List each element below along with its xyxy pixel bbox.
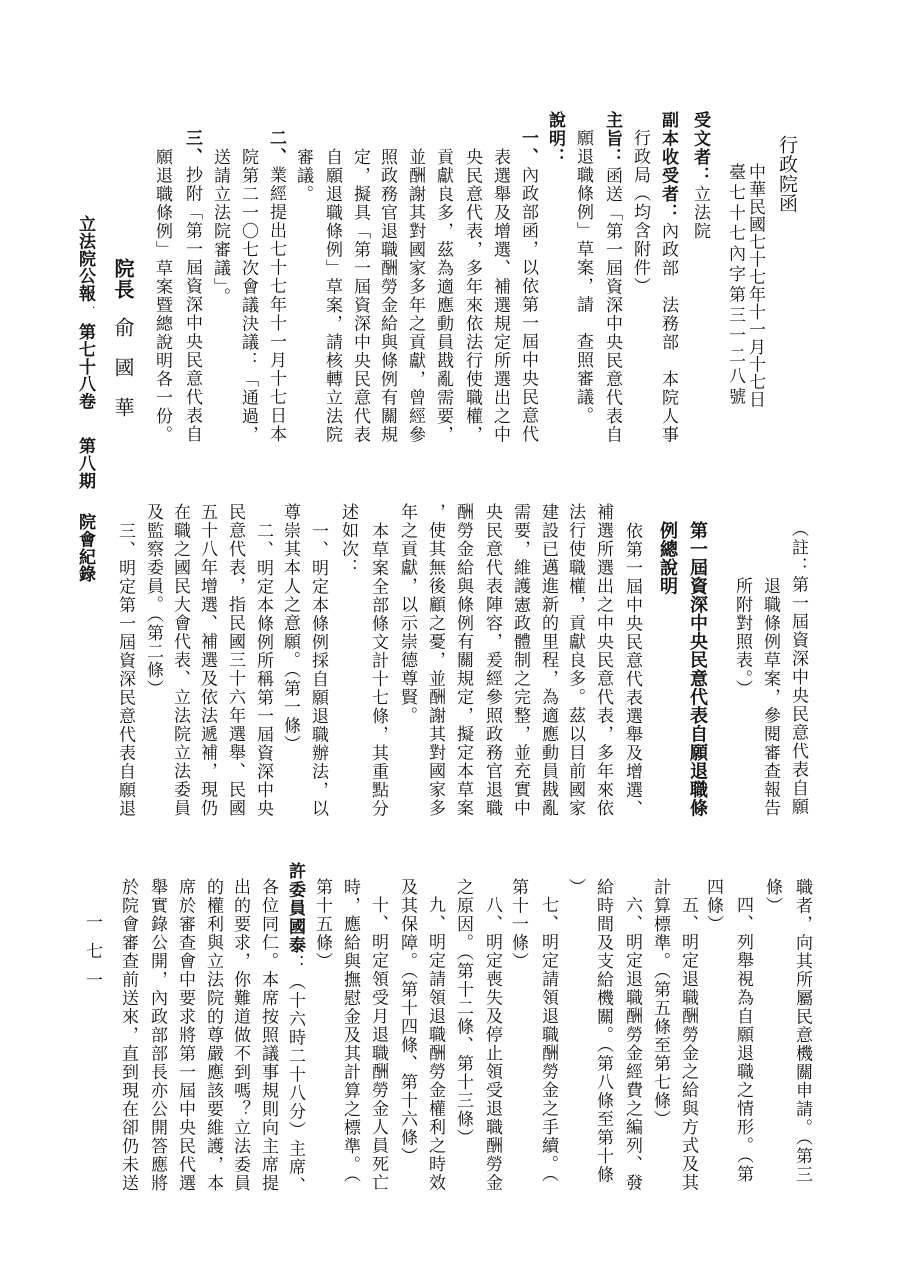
- explanation-item-1-line: 自願退職條例」草案，請核轉立法院: [322, 148, 342, 444]
- recipient-value: 立法院: [690, 185, 710, 241]
- item-text: 抄附「第一屆資深中央民意代表自: [182, 166, 202, 444]
- explanation-label: 說明：: [545, 111, 565, 167]
- letter-title: 行政院函: [777, 135, 797, 213]
- cc-value: 內政部 法務部 本院人事: [658, 222, 678, 444]
- cc-line: 副本收受者：內政部 法務部 本院人事: [658, 111, 678, 444]
- footer-issue: 第八期: [75, 437, 95, 489]
- note-line: （註：第一屆資深中央民意代表自願: [788, 520, 808, 816]
- point-7-line: 七、明定請領退職酬勞金之手續。（: [538, 896, 558, 1184]
- speech-opening-line: 許委員國泰：（十六時二十八分）主席、: [285, 862, 305, 1195]
- point-9-line: 及其保障。（第十四條、第十六條）: [397, 878, 417, 1166]
- subject-label: 主旨：: [602, 111, 622, 167]
- speaker-name: 許委員國泰: [285, 862, 305, 955]
- section-heading: 例總說明: [657, 521, 677, 595]
- item-text: 業經提出七十七年十一月十七日本: [266, 166, 286, 444]
- footer-separator: ．: [78, 306, 98, 318]
- point-10-line: 第十五條）: [312, 878, 332, 971]
- point-3-line: 條）: [762, 878, 782, 915]
- point-2-line: 在職之國民大會代表、立法院立法委員: [170, 503, 190, 818]
- explanation-item-3-line: 願退職條例」草案暨總說明各一份。: [152, 148, 172, 444]
- explanation-item-1: 一、內政部函，以依第一屆中央民意代: [518, 129, 538, 444]
- item-text: 內政部函，以依第一屆中央民意代: [518, 166, 538, 444]
- point-8-line: 之原因。（第十二條、第十三條）: [453, 878, 473, 1147]
- point-2-line: 及監察委員。（第二條）: [143, 503, 163, 698]
- item-number: 三、: [182, 129, 202, 166]
- intro-line: 法行使職權，貢獻良多。茲以目前國家: [565, 503, 585, 818]
- point-10-line: 時，應給與撫慰金及其計算之標準。（: [340, 878, 360, 1184]
- speech-line: 舉實錄公開，內政部部長亦公開答應將: [147, 878, 167, 1193]
- signature-name: 俞國華: [113, 317, 133, 437]
- intro-line: 年之貢獻，以示崇德尊賢。: [397, 503, 417, 725]
- explanation-item-1-line: 表選舉及增選、補選規定所選出之中: [490, 148, 510, 444]
- point-2-line: 民意代表，指民國三十六年選舉、民國: [225, 503, 245, 818]
- point-2-line: 五十八年增選、補選及依法遞補，現仍: [197, 503, 217, 818]
- intro-line: 需要，維護憲政體制之完整，並充實中: [510, 503, 530, 818]
- point-8-line: 八、明定喪失及停止領受退職酬勞金: [482, 896, 502, 1192]
- subject-value: 函送「第一屆資深中央民意代表自: [602, 167, 622, 445]
- gazette-page: 行政院函 中華民國七十七年十一月十七日 臺七十七內字第三一二八號 受文者：立法院…: [0, 0, 920, 1280]
- explanation-item-1-line: 貢獻良多，茲為適應動員戡亂需要，: [433, 148, 453, 444]
- footer-section: 院會紀錄: [75, 513, 95, 583]
- explanation-item-1-line: 央民意代表，多年來依法行使職權，: [462, 148, 482, 444]
- point-5-line: 計算標準。（第五條至第七條）: [650, 878, 670, 1129]
- subject-line: 主旨：函送「第一屆資深中央民意代表自: [602, 111, 622, 444]
- summary-line: 述如次：: [338, 503, 358, 577]
- speech-line: 於院會審查前送來，直到現在卻仍未送: [118, 878, 138, 1193]
- intro-line: 酬勞金給與條例有關規定，擬定本草案: [453, 503, 473, 818]
- note-line: 所附對照表。）: [732, 577, 752, 698]
- item-number: 二、: [266, 129, 286, 166]
- point-2-line: 二、明定本條例所稱第一屆資深中央: [253, 522, 273, 818]
- summary-line: 本草案全部條文計十七條，其重點分: [368, 522, 388, 818]
- point-10-line: 十、明定領受月退職酬勞金人員死亡: [368, 896, 388, 1192]
- point-7-line: 第十一條）: [508, 878, 528, 971]
- cc-label: 副本收受者：: [658, 111, 678, 222]
- subject-line-continued: 願退職條例」草案，請 查照審議。: [573, 129, 593, 425]
- intro-line: 建設已邁進新的里程，為適應動員戡亂: [538, 503, 558, 818]
- speech-text: ：（十六時二十八分）主席、: [285, 955, 305, 1196]
- footer-volume: 第七十八卷: [75, 323, 95, 410]
- point-6-line: 六、明定退職酬勞金經費之編列、發: [622, 896, 642, 1192]
- speech-line: 席於審查會中要求將第一屆中央民代選: [175, 878, 195, 1193]
- point-4-line: 四、列舉視為自願退職之情形。（第: [733, 896, 753, 1184]
- footer-publication: 立法院公報: [75, 215, 95, 302]
- point-6-line: 給時間及支給機關。（第八條至第十條: [593, 878, 613, 1184]
- point-1-line: 一、明定本條例採自願退職辦法，以: [308, 522, 328, 818]
- explanation-item-2-line: 送請立法院審議」。: [210, 148, 230, 306]
- letter-date: 中華民國七十七年十一月十七日: [745, 163, 765, 408]
- point-4-line: 四條）: [703, 878, 723, 934]
- explanation-item-1-line: 並酬謝其對國家多年之貢獻，曾經參: [405, 148, 425, 444]
- explanation-item-3: 三、抄附「第一屆資深中央民意代表自: [182, 129, 202, 444]
- explanation-item-2-line: 院第二一〇七次會議決議：「通過，: [238, 148, 258, 444]
- intro-line: ，使其無後顧之憂，並酬謝其對國家多: [425, 503, 445, 818]
- intro-line: 補選所選出之中央民意代表，多年來依: [593, 503, 613, 818]
- point-3-line: 三、明定第一屆資深民意代表自願退: [115, 522, 135, 818]
- intro-line: 依第一屆中央民意代表選舉及增選、: [622, 522, 642, 818]
- recipient-line: 受文者：立法院: [690, 111, 710, 241]
- intro-line: 央民意代表陣容，爰經參照政務官退職: [482, 503, 502, 818]
- cc-line-continued: 行政局（均含附件）: [630, 129, 650, 296]
- explanation-item-1-line: 照政務官退職酬勞金給與條例有關規: [377, 148, 397, 444]
- page-number: 一七一: [82, 913, 102, 1000]
- speech-line: 的權利與立法院的尊嚴應該要維護，本: [203, 878, 223, 1193]
- point-5-line: 五、明定退職酬勞金之給與方式及其: [678, 896, 698, 1192]
- speech-line: 各位同仁。本席按照議事規則向主席提: [258, 878, 278, 1193]
- speech-line: 出的要求，你難道做不到嗎？立法委員: [230, 878, 250, 1193]
- point-6-line: ）: [565, 878, 585, 897]
- item-number: 一、: [518, 129, 538, 166]
- recipient-label: 受文者：: [690, 111, 710, 185]
- note-line: 退職條例草案，參閱審查報告: [760, 577, 780, 818]
- point-9-line: 九、明定請領退職酬勞金權利之時效: [425, 896, 445, 1192]
- explanation-item-1-line: 定，擬具「第一屆資深中央民意代表: [350, 148, 370, 444]
- section-heading: 第一屆資深中央民意代表自願退職條: [687, 521, 707, 817]
- letter-doc-number: 臺七十七內字第三一二八號: [725, 163, 745, 408]
- explanation-item-1-line: 審議。: [293, 148, 313, 204]
- point-1-line: 尊崇其本人之意願。（第一條）: [280, 503, 300, 754]
- signature-title: 院長: [113, 258, 133, 300]
- explanation-item-2: 二、業經提出七十七年十一月十七日本: [266, 129, 286, 444]
- point-3-line: 職者，向其所屬民意機關申請。（第三: [792, 878, 812, 1184]
